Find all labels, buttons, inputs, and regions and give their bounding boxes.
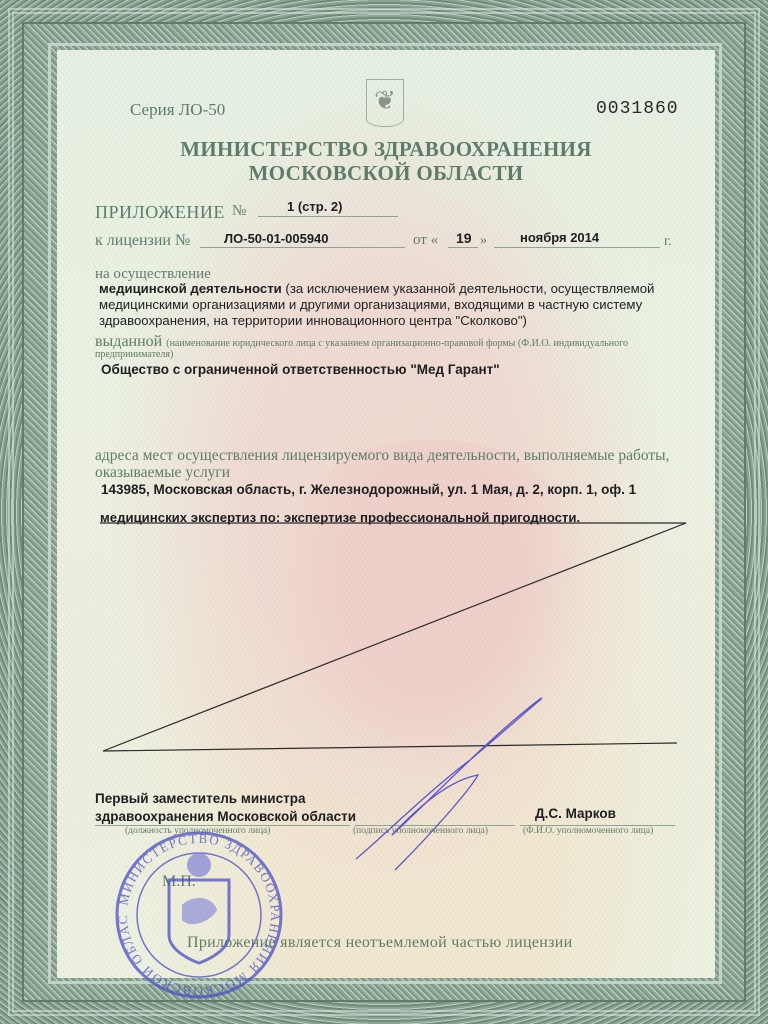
appendix-number: 1 (стр. 2) [287, 199, 343, 214]
caption-name: (Ф.И.О. уполномоченного лица) [523, 826, 653, 836]
issued-label-row: выданной (наименование юридического лица… [95, 333, 628, 351]
serial-number: 0031860 [596, 99, 679, 119]
appendix-number-underline [258, 216, 398, 217]
date-month-underline [494, 247, 660, 248]
signatory-position-line2: здравоохранения Московской области [95, 808, 356, 826]
caption-signature: (подпись уполномоченного лица) [353, 826, 488, 836]
signatory-position-line1: Первый заместитель министра [95, 790, 356, 808]
ministry-title-line2: МОСКОВСКОЙ ОБЛАСТИ [57, 161, 715, 186]
activity-description: медицинской деятельности (за исключением… [99, 281, 699, 329]
issued-hint-continued: предпринимателя) [95, 349, 173, 360]
issued-label: выданной [95, 333, 162, 350]
date-month-year: ноября 2014 [520, 230, 599, 245]
license-label: к лицензии № [95, 232, 190, 250]
address-label: адреса мест осуществления лицензируемого… [95, 447, 685, 481]
number-sign: № [232, 203, 246, 220]
ministry-title-line1: МИНИСТЕРСТВО ЗДРАВООХРАНЕНИЯ [57, 137, 715, 162]
date-from-label: от « [413, 232, 438, 249]
date-close-quote: » [480, 233, 487, 249]
organization-name: Общество с ограниченной ответственностью… [101, 362, 500, 377]
signatory-position: Первый заместитель министра здравоохране… [95, 790, 356, 826]
official-stamp-icon: МИНИСТЕРСТВО ЗДРАВООХРАНЕНИЯ МОСКОВСКОЙ … [114, 830, 284, 1000]
activity-address: 143985, Московская область, г. Железнодо… [101, 482, 636, 497]
series-label: Серия ЛО-50 [130, 100, 225, 120]
date-day-underline [448, 247, 478, 248]
license-number: ЛО-50-01-005940 [224, 231, 329, 246]
appendix-label: ПРИЛОЖЕНИЕ [95, 202, 225, 223]
activity-type: медицинской деятельности [99, 281, 282, 296]
date-day: 19 [456, 230, 472, 246]
signatory-name: Д.С. Марков [535, 806, 616, 821]
coat-of-arms-icon: ❦ [366, 79, 404, 127]
issued-hint: (наименование юридического лица с указан… [166, 338, 628, 349]
license-number-underline [200, 247, 405, 248]
work-item: медицинских экспертиз по: экспертизе про… [100, 510, 580, 525]
year-suffix: г. [664, 234, 672, 250]
